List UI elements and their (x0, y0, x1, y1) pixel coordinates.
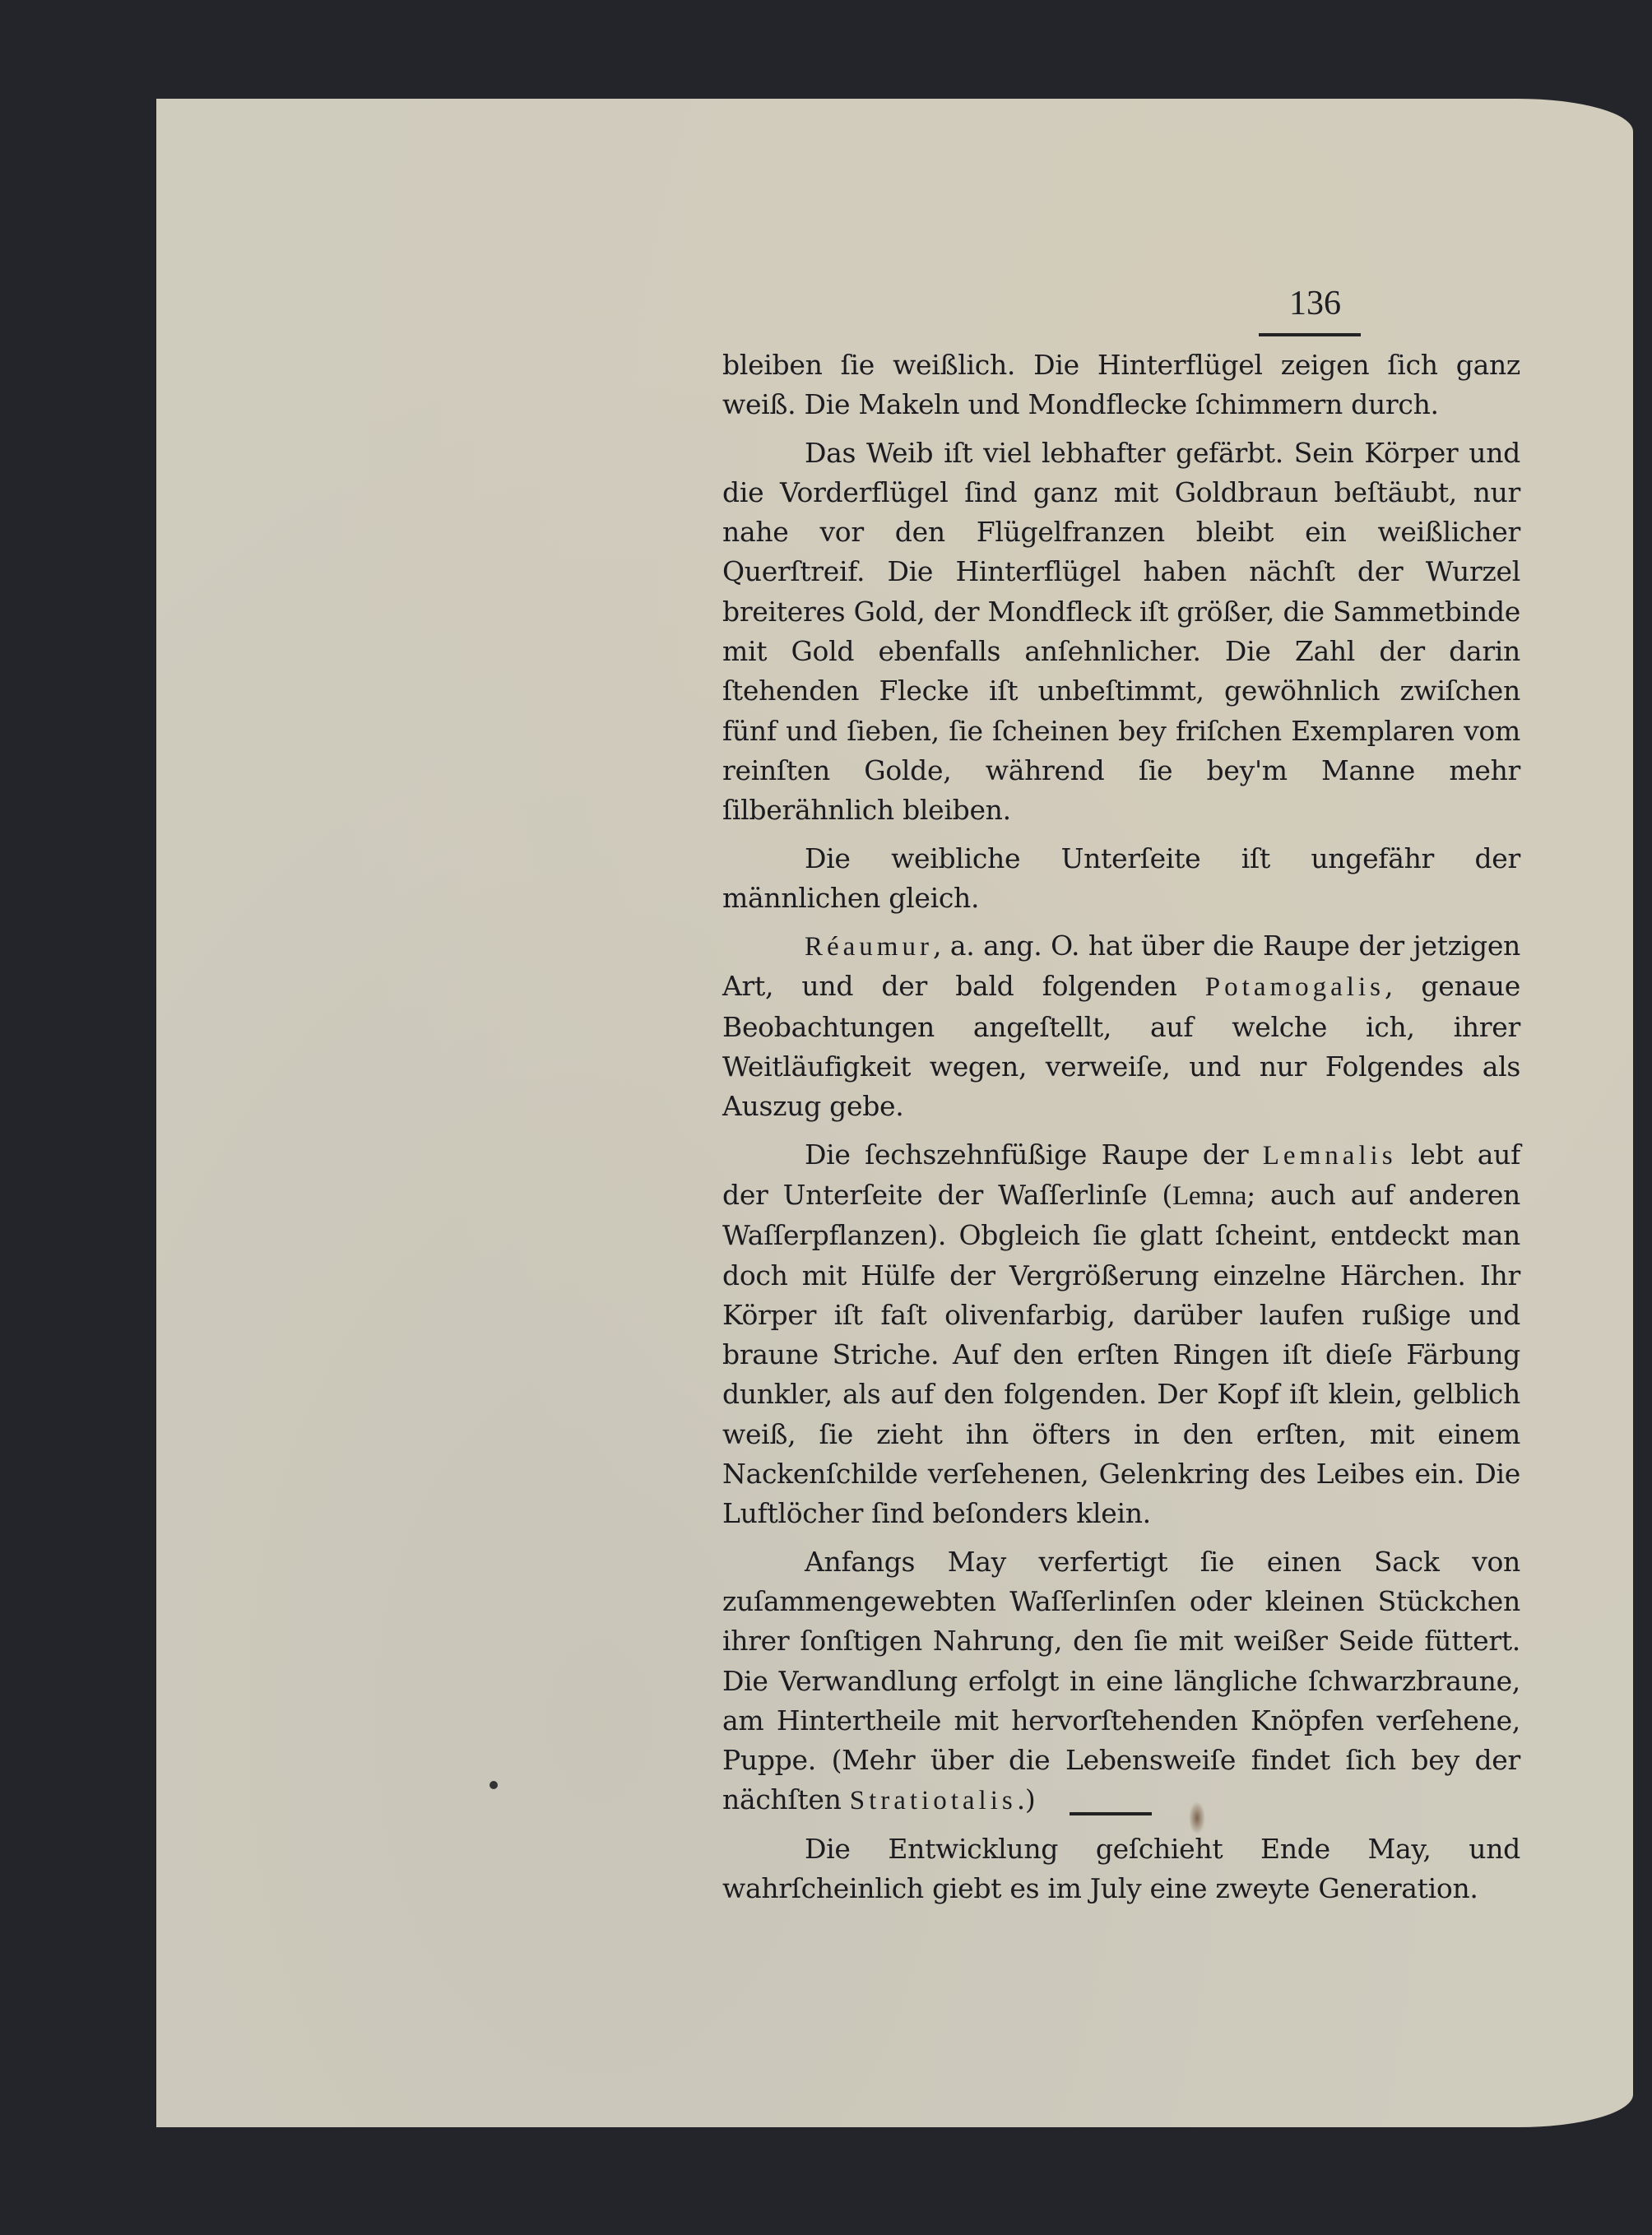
text-segment: Die ſechszehnfüßige Raupe der (805, 1138, 1263, 1171)
paragraph: Die ſechszehnfüßige Raupe der Lemnalis l… (722, 1135, 1520, 1534)
text-segment: Das Weib iſt viel lebhafter gefärbt. Sei… (722, 437, 1520, 827)
text-segment: Die weibliche Unterſeite iſt ungefähr de… (722, 842, 1520, 914)
paragraph: Réaumur, a. ang. O. hat über die Raupe d… (722, 926, 1520, 1126)
paragraph: Die weibliche Unterſeite iſt ungefähr de… (722, 839, 1520, 919)
text-segment: Lemna (1172, 1181, 1246, 1211)
page-number: 136 (1111, 284, 1341, 323)
end-rule-divider (1070, 1812, 1152, 1815)
book-page: 136 bleiben ſie weißlich. Die Hinterflüg… (156, 99, 1633, 2127)
paragraph: Die Entwicklung geſchieht Ende May, und … (722, 1829, 1520, 1909)
body-text: bleiben ſie weißlich. Die Hinterflügel z… (722, 345, 1520, 1917)
text-segment: Anfangs May verfertigt ſie einen Sack vo… (722, 1546, 1520, 1816)
text-segment: .) (1017, 1783, 1036, 1815)
ink-stain (1189, 1801, 1205, 1834)
paragraph: Das Weib iſt viel lebhafter gefärbt. Sei… (722, 434, 1520, 831)
text-segment: ; auch auf anderen Waſſerpflanzen). Obgl… (722, 1179, 1520, 1529)
latin-name: Réaumur (805, 932, 933, 962)
latin-name: Lemnalis (1263, 1141, 1397, 1171)
latin-name: Stratiotalis (850, 1786, 1017, 1815)
text-segment: Die Entwicklung geſchieht Ende May, und … (722, 1833, 1520, 1904)
ink-dot (490, 1781, 498, 1789)
paragraph: bleiben ſie weißlich. Die Hinterflügel z… (722, 345, 1520, 425)
paragraph: Anfangs May verfertigt ſie einen Sack vo… (722, 1542, 1520, 1821)
latin-name: Potamogalis (1205, 972, 1385, 1002)
text-segment: bleiben ſie weißlich. Die Hinterflügel z… (722, 349, 1520, 420)
header-rule (1259, 333, 1361, 336)
